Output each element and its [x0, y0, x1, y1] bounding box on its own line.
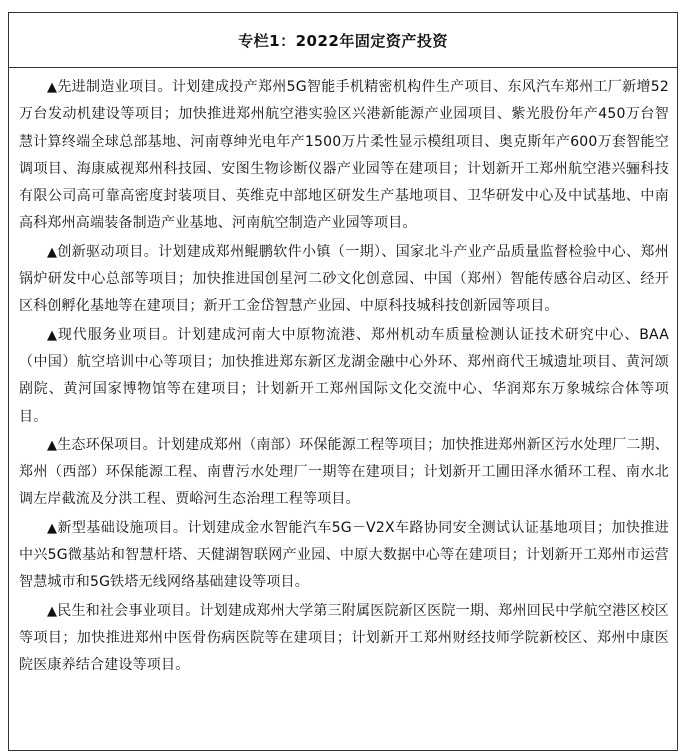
triangle-bullet-icon: ▲ — [47, 521, 57, 536]
triangle-bullet-icon: ▲ — [47, 245, 57, 260]
column-title: 专栏1：2022年固定资产投资 — [238, 30, 448, 51]
triangle-bullet-icon: ▲ — [47, 80, 57, 95]
section-livelihood: ▲民生和社会事业项目。计划建成郑州大学第三附属医院新区医院一期、郑州回民中学航空… — [19, 598, 669, 680]
section-lead: 先进制造业项目。 — [57, 79, 172, 95]
column-content: ▲先进制造业项目。计划建成投产郑州5G智能手机精密机构件生产项目、东风汽车郑州工… — [9, 68, 677, 680]
section-innovation: ▲创新驱动项目。计划建成郑州鲲鹏软件小镇（一期）、国家北斗产业产品质量监督检验中… — [19, 239, 669, 321]
column-box: 专栏1：2022年固定资产投资 ▲先进制造业项目。计划建成投产郑州5G智能手机精… — [8, 12, 678, 751]
section-services: ▲现代服务业项目。计划建成河南大中原物流港、郑州机动车质量检测认证技术研究中心、… — [19, 322, 669, 431]
section-lead: 新型基础设施项目。 — [57, 520, 187, 536]
triangle-bullet-icon: ▲ — [47, 438, 57, 453]
section-manufacturing: ▲先进制造业项目。计划建成投产郑州5G智能手机精密机构件生产项目、东风汽车郑州工… — [19, 74, 669, 238]
triangle-bullet-icon: ▲ — [47, 328, 58, 343]
section-text: 计划建成投产郑州5G智能手机精密机构件生产项目、东风汽车郑州工厂新增52万台发动… — [19, 79, 669, 231]
section-lead: 现代服务业项目。 — [58, 327, 177, 343]
section-ecology: ▲生态环保项目。计划建成郑州（南部）环保能源工程等项目；加快推进郑州新区污水处理… — [19, 432, 669, 514]
triangle-bullet-icon: ▲ — [47, 604, 57, 619]
section-lead: 民生和社会事业项目。 — [57, 603, 199, 619]
section-lead: 生态环保项目。 — [57, 437, 157, 453]
column-header: 专栏1：2022年固定资产投资 — [9, 13, 677, 68]
section-lead: 创新驱动项目。 — [57, 244, 158, 260]
section-infrastructure: ▲新型基础设施项目。计划建成金水智能汽车5G－V2X车路协同安全测试认证基地项目… — [19, 515, 669, 597]
